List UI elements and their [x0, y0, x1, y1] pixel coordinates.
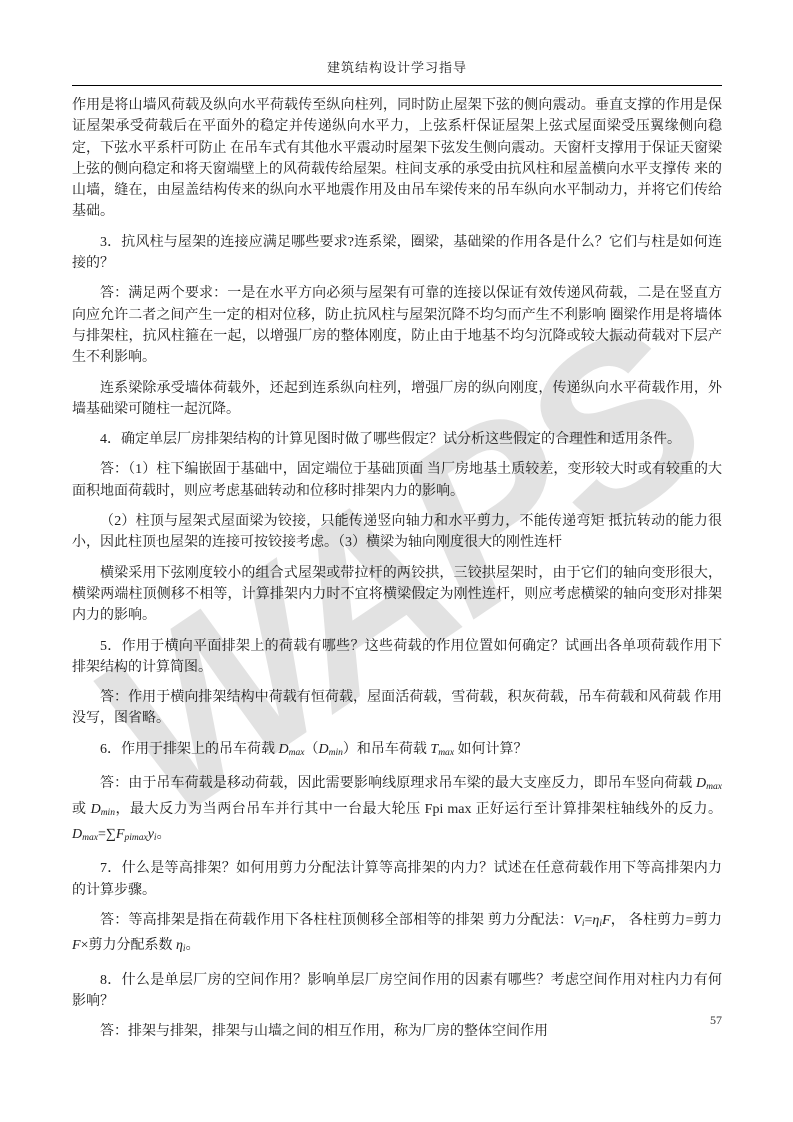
- answer-8: 答：排架与排架，排架与山墙之间的相互作用，称为厂房的整体空间作用: [72, 1021, 722, 1042]
- question-8: 8．什么是单层厂房的空间作用？影响单层厂房空间作用的因素有哪些？考虑空间作用对柱…: [72, 970, 722, 1013]
- answer-7: 答：等高排架是指在荷载作用下各柱柱顶侧移全部相等的排架 剪力分配法：Vi=ηiF…: [72, 910, 722, 961]
- answer-4-part1: 答：（1）柱下编嵌固于基础中，固定端位于基础顶面 当厂房地基土质较差，变形较大时…: [72, 459, 722, 502]
- question-6: 6．作用于排架上的吊车荷载 Dmax（Dmin）和吊车荷载 Tmax 如何计算？: [72, 739, 722, 764]
- answer-5: 答：作用于横向排架结构中荷载有恒荷载，屋面活荷载，雪荷载，积灰荷载，吊车荷载和风…: [72, 687, 722, 730]
- page-header-title: 建筑结构设计学习指导: [72, 58, 722, 78]
- answer-4-part3: 横梁采用下弦刚度较小的组合式屋架或带拉杆的两铰拱，三铰拱屋架时，由于它们的轴向变…: [72, 563, 722, 627]
- answer-4-part2: （2）柱顶与屋架式屋面梁为铰接，只能传递竖向轴力和水平剪力，不能传递弯矩 抵抗转…: [72, 511, 722, 554]
- answer-6: 答：由于吊车荷载是移动荷载，因此需要影响线原理求吊车梁的最大支座反力，即吊车竖向…: [72, 773, 722, 849]
- header-rule: [72, 85, 722, 86]
- question-7: 7．什么是等高排架？如何用剪力分配法计算等高排架的内力？试述在任意荷载作用下等高…: [72, 858, 722, 901]
- page-content: 建筑结构设计学习指导 作用是将山墙风荷载及纵向水平荷载传至纵向柱列，同时防止屋架…: [0, 0, 793, 1043]
- document-body: 作用是将山墙风荷载及纵向水平荷载传至纵向柱列，同时防止屋架下弦的侧向震动。垂直支…: [72, 95, 722, 1043]
- paragraph-continuation: 作用是将山墙风荷载及纵向水平荷载传至纵向柱列，同时防止屋架下弦的侧向震动。垂直支…: [72, 95, 722, 223]
- question-4: 4．确定单层厂房排架结构的计算见图时做了哪些假定？试分析这些假定的合理性和适用条…: [72, 429, 722, 450]
- question-3: 3．抗风柱与屋架的连接应满足哪些要求?连系梁，圈梁，基础梁的作用各是什么？它们与…: [72, 232, 722, 275]
- answer-3-part1: 答：满足两个要求：一是在水平方向必须与屋架有可靠的连接以保证有效传递风荷载，二是…: [72, 283, 722, 368]
- document-page: WAPS 建筑结构设计学习指导 作用是将山墙风荷载及纵向水平荷载传至纵向柱列，同…: [0, 0, 793, 1122]
- question-5: 5．作用于横向平面排架上的荷载有哪些？这些荷载的作用位置如何确定？试画出各单项荷…: [72, 636, 722, 679]
- answer-3-part2: 连系梁除承受墙体荷载外，还起到连系纵向柱列，增强厂房的纵向刚度，传递纵向水平荷载…: [72, 378, 722, 421]
- page-number: 57: [710, 1013, 722, 1028]
